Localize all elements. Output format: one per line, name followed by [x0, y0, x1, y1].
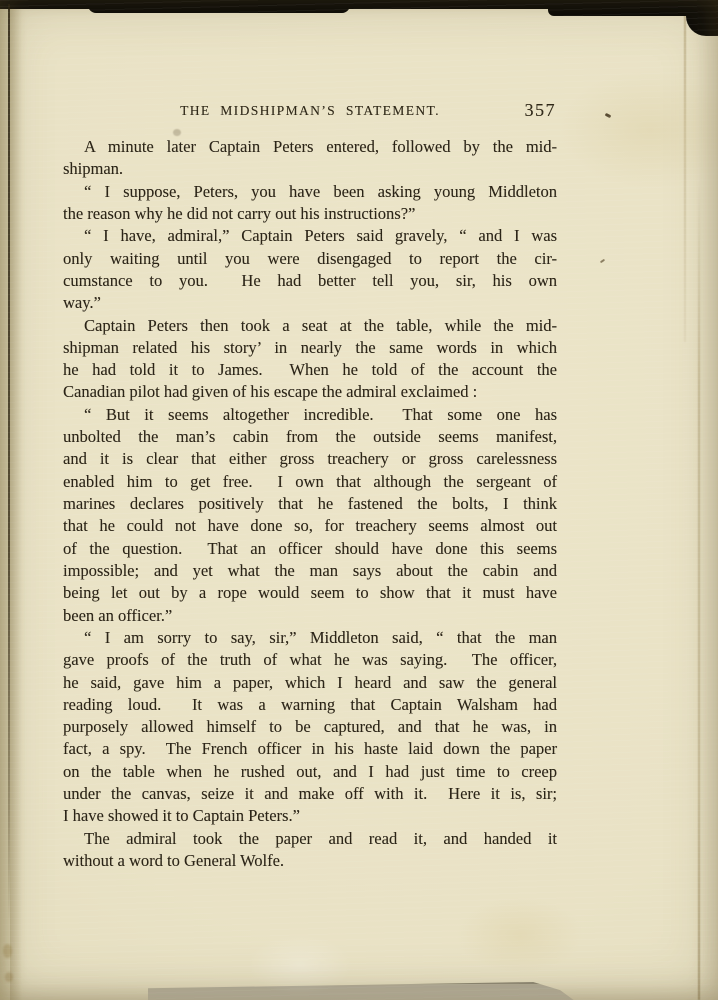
- text-line: he had told it to James. When he told of…: [63, 359, 557, 381]
- paragraph: “ I suppose, Peters, you have been askin…: [63, 181, 557, 226]
- paragraph: “ I have, admiral,” Captain Peters said …: [63, 225, 557, 314]
- text-line: shipman.: [63, 158, 557, 180]
- text-line: only waiting until you were disengaged t…: [63, 248, 557, 270]
- page-fold-line: [8, 4, 10, 920]
- underlying-pages-edge: [148, 982, 596, 1000]
- paper-smudge: [173, 129, 181, 136]
- text-line: “ I am sorry to say, sir,” Middleton sai…: [63, 627, 557, 649]
- text-line: and it is clear that either gross treach…: [63, 448, 557, 470]
- page-number: 357: [525, 100, 557, 121]
- ink-speck: [600, 259, 605, 264]
- scan-edge-top-right-corner: [686, 0, 718, 36]
- text-line: purposely allowed himself to be captured…: [63, 716, 557, 738]
- text-line: shipman related his story’ in nearly the…: [63, 337, 557, 359]
- body-text: A minute later Captain Peters entered, f…: [63, 136, 557, 872]
- text-line: marines declares positively that he fast…: [63, 493, 557, 515]
- text-line: on the table when he rushed out, and I h…: [63, 761, 557, 783]
- running-header: THE MIDSHIPMAN’S STATEMENT. 357: [63, 103, 557, 125]
- text-line: he said, gave him a paper, which I heard…: [63, 672, 557, 694]
- paper-stain: [3, 944, 12, 958]
- text-line: gave proofs of the truth of what he was …: [63, 649, 557, 671]
- text-line: “ I have, admiral,” Captain Peters said …: [63, 225, 557, 247]
- page-left-edge-shading: [0, 0, 26, 1000]
- chapter-running-title: THE MIDSHIPMAN’S STATEMENT.: [63, 103, 557, 119]
- text-line: being let out by a rope would seem to sh…: [63, 582, 557, 604]
- text-line: reading loud. It was a warning that Capt…: [63, 694, 557, 716]
- text-line: that he could not have done so, for trea…: [63, 515, 557, 537]
- page-crease-lower-right: [698, 180, 700, 1000]
- paragraph: “ But it seems altogether incredible. Th…: [63, 404, 557, 627]
- text-line: under the canvas, seize it and make off …: [63, 783, 557, 805]
- text-line: Captain Peters then took a seat at the t…: [63, 315, 557, 337]
- text-line: A minute later Captain Peters entered, f…: [63, 136, 557, 158]
- text-line: The admiral took the paper and read it, …: [63, 828, 557, 850]
- text-line: the reason why he did not carry out his …: [63, 203, 557, 225]
- scan-edge-top-bump-left: [88, 0, 350, 13]
- text-line: “ I suppose, Peters, you have been askin…: [63, 181, 557, 203]
- text-line: been an officer.”: [63, 605, 557, 627]
- text-line: fact, a spy. The French officer in his h…: [63, 738, 557, 760]
- text-line: impossible; and yet what the man says ab…: [63, 560, 557, 582]
- page-crease-upper-right: [684, 12, 686, 342]
- text-line: without a word to General Wolfe.: [63, 850, 557, 872]
- page-fold-shadow: [10, 0, 22, 1000]
- paper-stain: [5, 972, 13, 982]
- text-line: way.”: [63, 292, 557, 314]
- text-line: Canadian pilot had given of his escape t…: [63, 381, 557, 403]
- paragraph: The admiral took the paper and read it, …: [63, 828, 557, 873]
- ink-speck: [605, 113, 612, 118]
- paragraph: A minute later Captain Peters entered, f…: [63, 136, 557, 181]
- scanned-book-page: THE MIDSHIPMAN’S STATEMENT. 357 A minute…: [0, 0, 718, 1000]
- text-line: I have showed it to Captain Peters.”: [63, 805, 557, 827]
- text-line: enabled him to get free. I own that alth…: [63, 471, 557, 493]
- text-line: of the question. That an officer should …: [63, 538, 557, 560]
- text-line: “ But it seems altogether incredible. Th…: [63, 404, 557, 426]
- paragraph: “ I am sorry to say, sir,” Middleton sai…: [63, 627, 557, 828]
- text-line: cumstance to you. He had better tell you…: [63, 270, 557, 292]
- scan-edge-top-bump-right: [548, 0, 698, 16]
- text-line: unbolted the man’s cabin from the outsid…: [63, 426, 557, 448]
- paragraph: Captain Peters then took a seat at the t…: [63, 315, 557, 404]
